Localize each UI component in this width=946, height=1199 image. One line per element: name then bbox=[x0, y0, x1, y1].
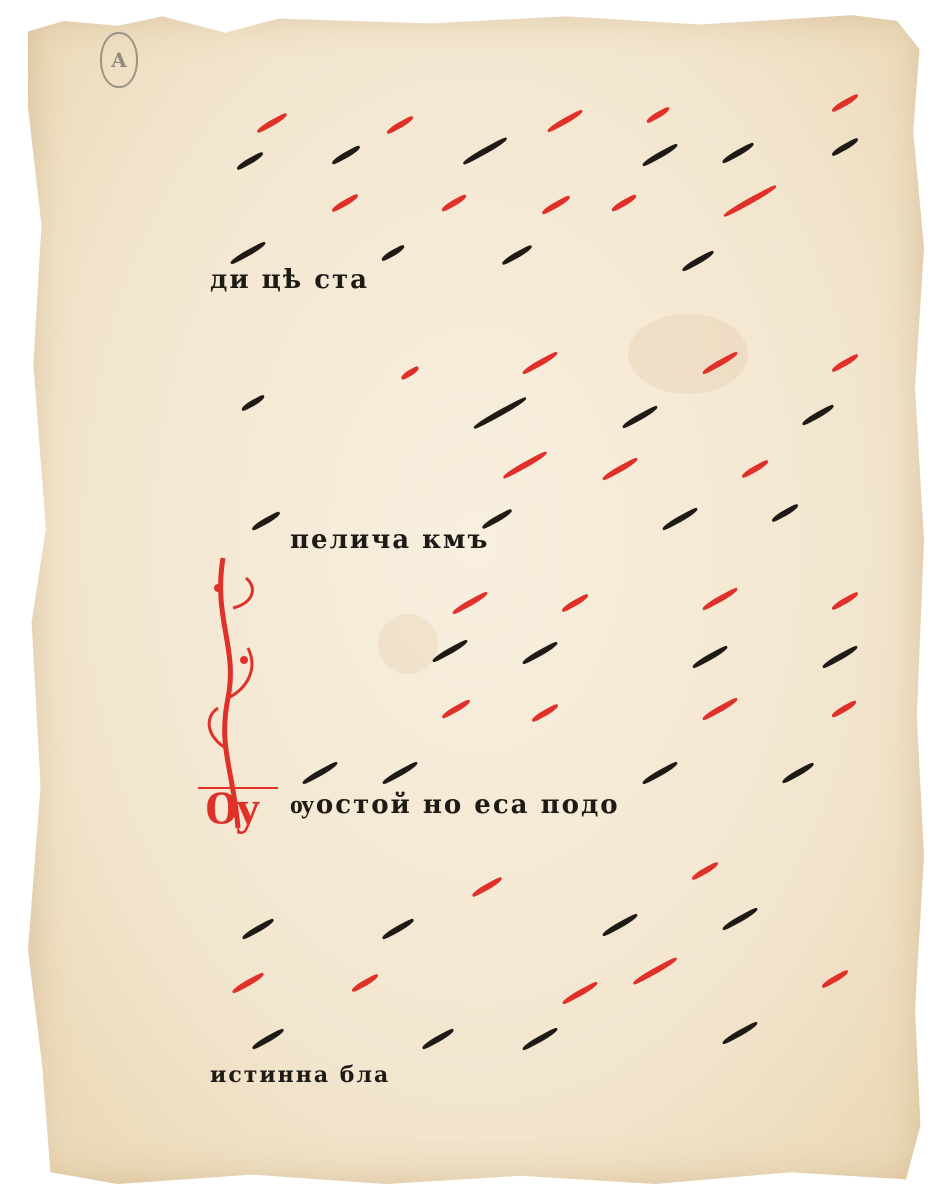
folio-mark: А bbox=[111, 48, 127, 72]
initial-letter: Ѹ bbox=[205, 780, 260, 836]
text-line-3: ѹостой но еса подо bbox=[290, 790, 620, 820]
text-line-2: пелича кмъ bbox=[290, 525, 489, 555]
stain bbox=[378, 614, 438, 674]
text-line-4: истинна бла bbox=[210, 1062, 390, 1088]
text-line-1: ди цѣ ста bbox=[210, 265, 369, 295]
folio-stamp: А bbox=[100, 32, 138, 88]
